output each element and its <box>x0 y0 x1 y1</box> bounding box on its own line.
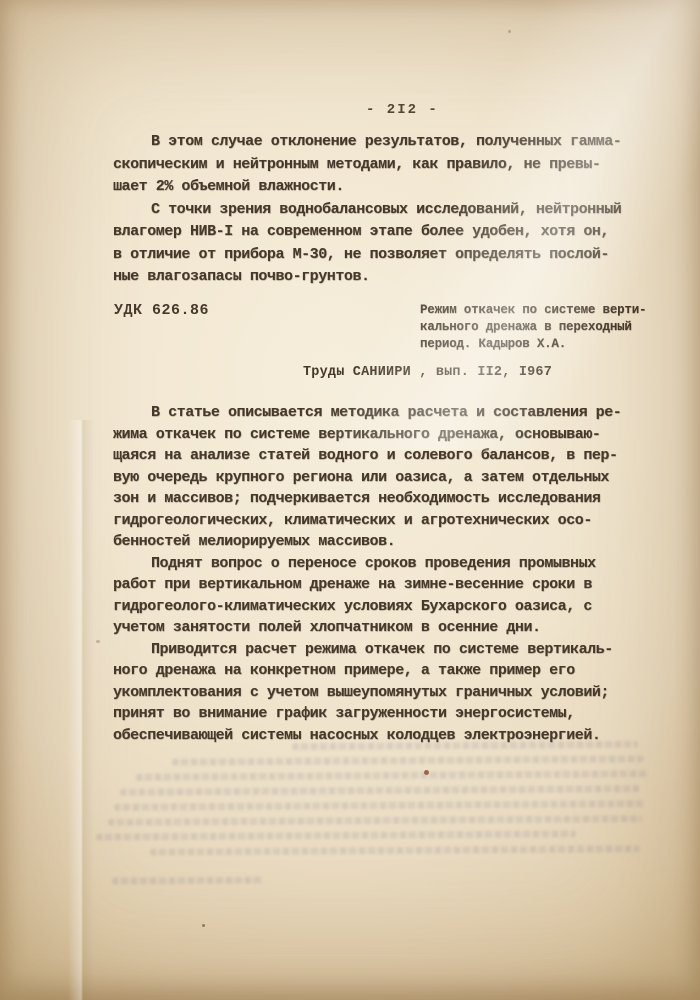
bleed-through-line <box>96 830 576 840</box>
bleed-through-line <box>136 770 648 781</box>
abstract-line: ного дренажа на конкретном примере, а та… <box>113 660 621 682</box>
intro-line: С точки зрения воднобалансовых исследова… <box>113 199 621 222</box>
bleed-through-line <box>114 800 644 811</box>
abstract-line: работ при вертикальном дренаже на зимне-… <box>113 574 621 596</box>
paper-speck <box>96 640 100 643</box>
bleed-through-line <box>120 785 640 796</box>
abstract-line: гидрогеологических, климатических и агро… <box>113 510 621 532</box>
paper-speck <box>424 770 429 775</box>
abstract-line: В статье описывается методика расчета и … <box>113 402 621 424</box>
intro-line: в отличие от прибора М-30, не позволяет … <box>113 244 621 267</box>
abstract-line: принят во внимание график загруженности … <box>113 703 621 725</box>
bleed-through-line <box>150 845 640 855</box>
abstract-line: учетом занятости полей хлопчатником в ос… <box>113 617 621 639</box>
abstract: В статье описывается методика расчета и … <box>113 402 621 746</box>
abstract-line: Приводится расчет режима откачек по сист… <box>113 639 621 661</box>
paper-speck <box>508 30 511 33</box>
intro-line: шает 2% объемной влажности. <box>113 176 621 199</box>
abstract-line: щаяся на анализе статей водного и солево… <box>113 445 621 467</box>
abstract-line: гидрогеолого-климатических условиях Буха… <box>113 596 621 618</box>
intro-line: скопическим и нейтронным методами, как п… <box>113 154 621 177</box>
bleed-through-line <box>292 741 638 750</box>
citation-title-line: кального дренажа в переходный <box>420 319 646 336</box>
abstract-line: укомплектования с учетом вышеупомянутых … <box>113 682 621 704</box>
citation-title-block: Режим откачек по системе верти- кального… <box>420 302 646 353</box>
bleed-through-line <box>112 876 262 884</box>
abstract-line: бенностей мелиорируемых массивов. <box>113 531 621 553</box>
page-number: - 2I2 - <box>366 101 439 119</box>
abstract-line: зон и массивов; подчеркивается необходим… <box>113 488 621 510</box>
abstract-line: Поднят вопрос о переносе сроков проведен… <box>113 553 621 575</box>
intro-line: влагомер НИВ-I на современном этапе боле… <box>113 221 621 244</box>
abstract-line: вую очередь крупного региона или оазиса,… <box>113 467 621 489</box>
bleed-through-line <box>108 815 642 826</box>
intro-line: ные влагозапасы почво-грунтов. <box>113 266 621 289</box>
bleed-through-line <box>172 755 644 765</box>
scanned-page: - 2I2 - В этом случае отклонение результ… <box>0 0 700 1000</box>
udk-code: УДК 626.86 <box>114 301 209 320</box>
abstract-line: жима откачек по системе вертикального др… <box>113 424 621 446</box>
paper-speck <box>202 924 205 927</box>
intro-line: В этом случае отклонение результатов, по… <box>113 131 621 154</box>
citation-author-line: период. Кадыров Х.А. <box>420 336 646 353</box>
citation-source: Труды САНИИРИ , вып. II2, I967 <box>303 364 552 382</box>
intro-paragraphs: В этом случае отклонение результатов, по… <box>113 131 621 289</box>
citation-title-line: Режим откачек по системе верти- <box>420 302 646 319</box>
